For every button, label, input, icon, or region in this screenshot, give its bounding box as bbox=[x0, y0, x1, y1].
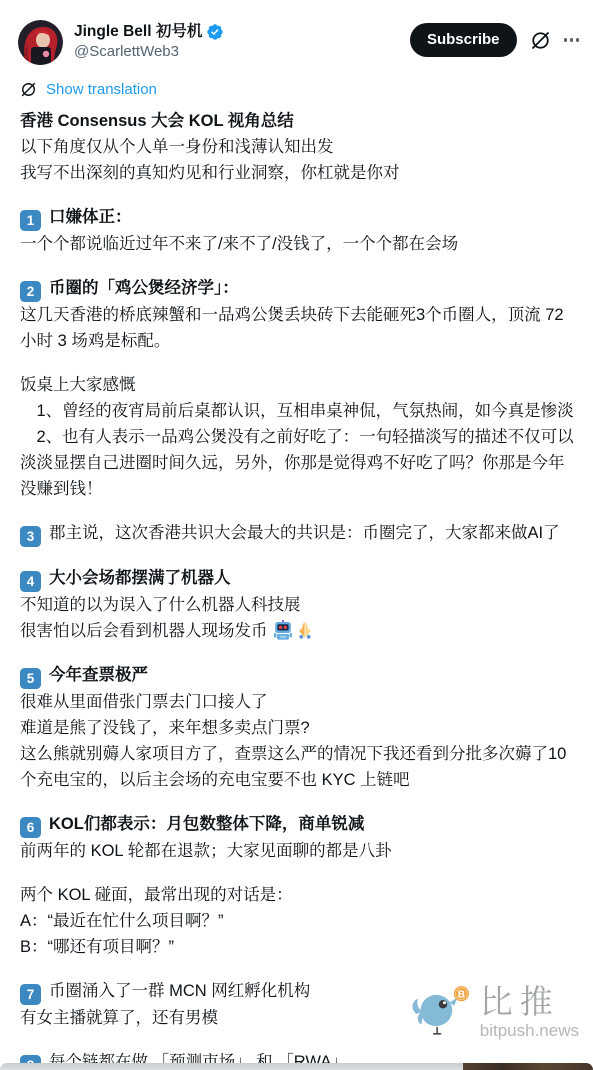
post-paragraph: 4大小会场都摆满了机器人不知道的以为误入了什么机器人科技展很害怕以后会看到机器人… bbox=[20, 565, 576, 644]
post-line: 以下角度仅从个人单一身份和浅薄认知出发 bbox=[20, 134, 576, 160]
post-body: 香港 Consensus 大会 KOL 视角总结以下角度仅从个人单一身份和浅薄认… bbox=[0, 108, 593, 1070]
embedded-image-light-part bbox=[0, 1063, 463, 1070]
post-line: 我写不出深刻的真知灼见和行业洞察，你杠就是你对 bbox=[20, 160, 576, 186]
embedded-image-top-edge[interactable] bbox=[0, 1063, 593, 1070]
grok-icon[interactable] bbox=[530, 30, 551, 51]
keycap-4-badge: 4 bbox=[20, 571, 41, 592]
post-line: 1、曾经的夜宵局前后桌都认识，互相串桌神侃，气氛热闹，如今真是惨淡 bbox=[20, 398, 576, 424]
header-actions: Subscribe bbox=[410, 20, 579, 57]
post-line: 难道是熊了没钱了，来年想多卖点门票? bbox=[20, 715, 576, 741]
more-icon[interactable] bbox=[564, 38, 580, 42]
show-translation-label: Show translation bbox=[46, 80, 157, 99]
post-paragraph: 5今年查票极严很难从里面借张门票去门口接人了难道是熊了没钱了，来年想多卖点门票?… bbox=[20, 662, 576, 793]
post-line: 7币圈涌入了一群 MCN 网红孵化机构 bbox=[20, 978, 576, 1005]
post-line: 5今年查票极严 bbox=[20, 662, 576, 689]
keycap-2-badge: 2 bbox=[20, 281, 41, 302]
translate-icon bbox=[20, 81, 37, 98]
folded-hands-emoji bbox=[295, 620, 315, 640]
avatar[interactable] bbox=[18, 20, 63, 65]
post-line: 1口嫌体正： bbox=[20, 204, 576, 231]
post-paragraph: 1口嫌体正：一个个都说临近过年不来了/来不了/没钱了，一个个都在会场 bbox=[20, 204, 576, 257]
post-line: 4大小会场都摆满了机器人 bbox=[20, 565, 576, 592]
post-line: 6KOL们都表示：月包数整体下降，商单锐减 bbox=[20, 811, 576, 838]
post-paragraph: 6KOL们都表示：月包数整体下降，商单锐减前两年的 KOL 轮都在退款；大家见面… bbox=[20, 811, 576, 864]
user-handle: @ScarlettWeb3 bbox=[74, 42, 224, 62]
post-line: 很难从里面借张门票去门口接人了 bbox=[20, 689, 576, 715]
post-paragraph: 7币圈涌入了一群 MCN 网红孵化机构有女主播就算了，还有男模 bbox=[20, 978, 576, 1031]
post-line: B：“哪还有项目啊？” bbox=[20, 934, 576, 960]
display-name[interactable]: Jingle Bell 初号机 bbox=[74, 22, 202, 42]
embedded-image-dark-part bbox=[463, 1063, 593, 1070]
avatar-image bbox=[18, 20, 63, 65]
post-line: 饭桌上大家感慨 bbox=[20, 372, 576, 398]
post-line: 两个 KOL 碰面，最常出现的对话是： bbox=[20, 882, 576, 908]
post-paragraph: 两个 KOL 碰面，最常出现的对话是：A：“最近在忙什么项目啊？”B：“哪还有项… bbox=[20, 882, 576, 960]
post-line: 前两年的 KOL 轮都在退款；大家见面聊的都是八卦 bbox=[20, 838, 576, 864]
post-line: 3郡主说，这次香港共识大会最大的共识是：币圈完了，大家都来做AI了 bbox=[20, 520, 576, 547]
tweet-card: Jingle Bell 初号机 @ScarlettWeb3 Subscribe bbox=[0, 0, 593, 1070]
post-paragraph: 饭桌上大家感慨 1、曾经的夜宵局前后桌都认识，互相串桌神侃，气氛热闹，如今真是惨… bbox=[20, 372, 576, 502]
post-line: 有女主播就算了，还有男模 bbox=[20, 1005, 576, 1031]
keycap-7-badge: 7 bbox=[20, 984, 41, 1005]
post-line: 2、也有人表示一品鸡公煲没有之前好吃了：一句轻描淡写的描述不仅可以淡淡显摆自己进… bbox=[20, 424, 576, 502]
post-line: 2币圈的「鸡公煲经济学」： bbox=[20, 275, 576, 302]
keycap-5-badge: 5 bbox=[20, 668, 41, 689]
keycap-6-badge: 6 bbox=[20, 817, 41, 838]
verified-badge-icon bbox=[206, 23, 224, 41]
post-line: A：“最近在忙什么项目啊？” bbox=[20, 908, 576, 934]
post-line: 一个个都说临近过年不来了/来不了/没钱了，一个个都在会场 bbox=[20, 231, 576, 257]
tweet-header: Jingle Bell 初号机 @ScarlettWeb3 Subscribe bbox=[0, 0, 593, 65]
post-line: 这么熊就别薅人家项目方了，查票这么严的情况下我还看到分批多次薅了10个充电宝的，… bbox=[20, 741, 576, 793]
post-paragraph: 2币圈的「鸡公煲经济学」：这几天香港的桥底辣蟹和一品鸡公煲丢块砖下去能砸死3个币… bbox=[20, 275, 576, 354]
post-paragraph: 3郡主说，这次香港共识大会最大的共识是：币圈完了，大家都来做AI了 bbox=[20, 520, 576, 547]
post-line: 这几天香港的桥底辣蟹和一品鸡公煲丢块砖下去能砸死3个币圈人，顶流 72 小时 3… bbox=[20, 302, 576, 354]
post-paragraph: 香港 Consensus 大会 KOL 视角总结以下角度仅从个人单一身份和浅薄认… bbox=[20, 108, 576, 186]
keycap-3-badge: 3 bbox=[20, 526, 41, 547]
robot-emoji bbox=[273, 620, 293, 640]
post-line: 很害怕以后会看到机器人现场发币 bbox=[20, 618, 576, 644]
post-line: 不知道的以为误入了什么机器人科技展 bbox=[20, 592, 576, 618]
post-line: 香港 Consensus 大会 KOL 视角总结 bbox=[20, 108, 576, 134]
identity-block: Jingle Bell 初号机 @ScarlettWeb3 bbox=[74, 20, 224, 62]
show-translation-link[interactable]: Show translation bbox=[20, 80, 157, 99]
subscribe-button[interactable]: Subscribe bbox=[410, 23, 517, 57]
keycap-1-badge: 1 bbox=[20, 210, 41, 231]
